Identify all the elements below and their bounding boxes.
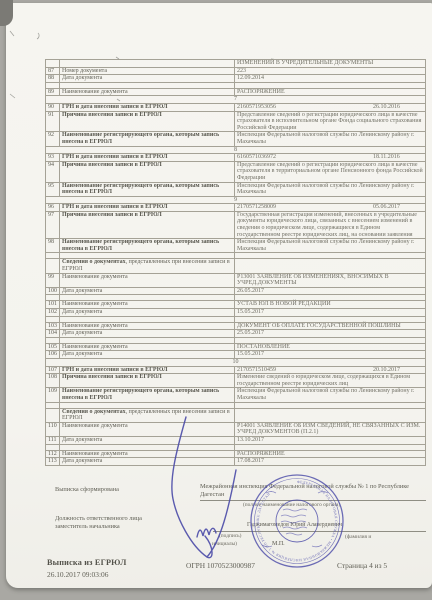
egrul-table: ИЗМЕНЕНИЙ В УЧРЕДИТЕЛЬНЫЕ ДОКУМЕНТЫ87Ном… [45, 59, 426, 466]
table-row-108: 108Причина внесения записи в ЕГРЮЛИзмене… [46, 374, 425, 388]
grn-number: 2160571953056 [237, 104, 276, 110]
row-number: 93 [46, 154, 60, 161]
field-value: РАСПОРЯЖЕНИЕ [235, 89, 425, 96]
table-row-98: 98Наименование регистрирующего органа, к… [46, 239, 425, 253]
field-value: 13.10.2017 [235, 437, 425, 444]
field-label: Наименование документа [60, 301, 235, 308]
table-row-104: 104Дата документа25.05.2017 [46, 330, 425, 338]
field-value: ИЗМЕНЕНИЙ В УЧРЕДИТЕЛЬНЫЕ ДОКУМЕНТЫ [235, 60, 425, 67]
field-value: 217057125800905.06.2017 [235, 204, 425, 211]
field-value: 25.05.2017 [235, 330, 425, 337]
field-label: ГРН и дата внесения записи в ЕГРЮЛ [60, 154, 235, 161]
field-label: Причина внесения записи в ЕГРЮЛ [60, 374, 235, 387]
signature-caption-initials: инициалы) [212, 541, 237, 547]
table-row-103: 103Наименование документаДОКУМЕНТ ОБ ОПЛ… [46, 323, 425, 331]
field-value: РАСПОРЯЖЕНИЕ [235, 451, 425, 458]
field-value: Р14001 ЗАЯВЛЕНИЕ ОБ ИЗМ СВЕДЕНИЙ, НЕ СВЯ… [235, 423, 425, 436]
official-name: Гаджимагомедов Юрий Алавердиевич [247, 522, 342, 528]
row-number: 109 [46, 388, 60, 401]
field-label [60, 317, 235, 322]
field-label [60, 253, 235, 258]
field-value [235, 295, 425, 300]
row-number [46, 295, 60, 300]
field-value: Представление сведений о регистрации юри… [235, 112, 425, 132]
field-value: Р13001 ЗАЯВЛЕНИЕ ОБ ИЗМЕНЕНИЯХ, ВНОСИМЫХ… [235, 274, 425, 287]
table-row-106: 106Дата документа15.05.2017 [46, 351, 425, 359]
table-row-92: 92Наименование регистрирующего органа, к… [46, 132, 425, 146]
field-value: Инспекция Федеральной налоговой службы п… [235, 132, 425, 145]
table-row-112: 112Наименование документаРАСПОРЯЖЕНИЕ [46, 451, 425, 459]
field-value: Инспекция Федеральной налоговой службы п… [235, 388, 425, 401]
footer-page-number: Страница 4 из 5 [337, 561, 387, 570]
field-value: Представление сведений о регистрации юри… [235, 162, 425, 182]
row-number: 101 [46, 301, 60, 308]
field-label: Номер документа [60, 68, 235, 75]
field-value [235, 445, 425, 450]
table-row-cont: ИЗМЕНЕНИЙ В УЧРЕДИТЕЛЬНЫЕ ДОКУМЕНТЫ [46, 60, 425, 68]
field-label: Наименование документа [60, 344, 235, 351]
row-number [46, 60, 60, 67]
grn-number: 6160571036972 [237, 154, 276, 160]
subheader-bold: Сведения о документах [62, 409, 126, 415]
row-number: 99 [46, 274, 60, 287]
authority-underline [200, 500, 426, 501]
field-label: Дата документа [60, 437, 235, 444]
authority-caption: (полное наименование налогового органа) [243, 502, 340, 508]
field-label: Дата документа [60, 458, 235, 465]
field-value [235, 403, 425, 408]
table-row-102: 102Дата документа15.05.2017 [46, 309, 425, 317]
field-value: Изменение сведений о юридическом лице, с… [235, 374, 425, 387]
field-label [60, 83, 235, 88]
field-label [60, 338, 235, 343]
table-row-9: 9 [46, 197, 425, 205]
row-number: 111 [46, 437, 60, 444]
row-number: 110 [46, 423, 60, 436]
authority-name-line1: Межрайонная инспекция Федеральной налого… [200, 483, 426, 490]
row-number: 89 [46, 89, 60, 96]
row-number [46, 403, 60, 408]
field-label: Наименование документа [60, 89, 235, 96]
field-value: 26.05.2017 [235, 288, 425, 295]
subheader-bold: Сведения о документах [62, 259, 126, 265]
field-label: Дата документа [60, 330, 235, 337]
field-label: Наименование регистрирующего органа, кот… [60, 132, 235, 145]
table-row-105: 105Наименование документаПОСТАНОВЛЕНИЕ [46, 344, 425, 352]
table-row-10: 10 [46, 359, 425, 367]
field-value: ПОСТАНОВЛЕНИЕ [235, 344, 425, 351]
table-row-94: 94Причина внесения записи в ЕГРЮЛПредста… [46, 162, 425, 183]
stamp-place-label: М.П. [272, 541, 285, 547]
row-number: 88 [46, 75, 60, 82]
field-label: Наименование документа [60, 423, 235, 436]
row-number: 87 [46, 68, 60, 75]
field-value: Инспекция Федеральной налоговой службы п… [235, 183, 425, 196]
row-number: 91 [46, 112, 60, 132]
signature-underline [213, 531, 426, 532]
row-number: 90 [46, 104, 60, 111]
row-number [46, 317, 60, 322]
table-row-97: 97Причина внесения записи в ЕГРЮЛГосудар… [46, 212, 425, 239]
official-title-label: Должность ответственного лица [55, 515, 142, 522]
field-label: Дата документа [60, 288, 235, 295]
field-value: 17.08.2017 [235, 458, 425, 465]
table-row-111: 111Дата документа13.10.2017 [46, 437, 425, 445]
table-row-90: 90ГРН и дата внесения записи в ЕГРЮЛ2160… [46, 104, 425, 112]
field-value: 223 [235, 68, 425, 75]
field-label [60, 295, 235, 300]
field-value [235, 338, 425, 343]
field-value: 15.05.2017 [235, 309, 425, 316]
field-label: Наименование регистрирующего органа, кот… [60, 183, 235, 196]
field-value: ДОКУМЕНТ ОБ ОПЛАТЕ ГОСУДАРСТВЕННОЙ ПОШЛИ… [235, 323, 425, 330]
field-label: Дата документа [60, 309, 235, 316]
row-number: 104 [46, 330, 60, 337]
grn-date: 05.06.2017 [373, 204, 400, 211]
field-label: Причина внесения записи в ЕГРЮЛ [60, 112, 235, 132]
row-number: 106 [46, 351, 60, 358]
row-number: 100 [46, 288, 60, 295]
row-number [46, 445, 60, 450]
table-row-sub: Сведения о документах, представленных пр… [46, 259, 425, 273]
field-label: Сведения о документах, представленных пр… [60, 259, 235, 272]
row-number: 113 [46, 458, 60, 465]
field-value: Инспекция Федеральной налоговой службы п… [235, 239, 425, 252]
row-number: 95 [46, 183, 60, 196]
grn-date: 18.11.2016 [373, 154, 400, 161]
table-row-110: 110Наименование документаР14001 ЗАЯВЛЕНИ… [46, 423, 425, 437]
row-number [46, 83, 60, 88]
authority-name-line2: Дагестан [200, 491, 224, 498]
table-row-sub: Сведения о документах, представленных пр… [46, 409, 425, 423]
field-label: Дата документа [60, 351, 235, 358]
grn-number: 2170571258009 [237, 204, 276, 210]
field-label: Наименование документа [60, 274, 235, 287]
field-value: 217057151045920.10.2017 [235, 367, 425, 374]
row-number: 98 [46, 239, 60, 252]
table-row-91: 91Причина внесения записи в ЕГРЮЛПредста… [46, 112, 425, 133]
field-value: УСТАВ ЮЛ В НОВОЙ РЕДАКЦИИ [235, 301, 425, 308]
row-number: 103 [46, 323, 60, 330]
grn-date: 20.10.2017 [373, 367, 400, 374]
field-value: Государственная регистрация изменений, в… [235, 212, 425, 238]
field-value [235, 259, 425, 272]
field-label: ГРН и дата внесения записи в ЕГРЮЛ [60, 204, 235, 211]
grn-date: 26.10.2016 [373, 104, 400, 111]
table-row-8: 8 [46, 147, 425, 155]
field-label: Причина внесения записи в ЕГРЮЛ [60, 212, 235, 238]
field-label [60, 445, 235, 450]
table-row-100: 100Дата документа26.05.2017 [46, 288, 425, 296]
table-row-7: 7 [46, 96, 425, 104]
row-number: 96 [46, 204, 60, 211]
row-number: 92 [46, 132, 60, 145]
field-label: ГРН и дата внесения записи в ЕГРЮЛ [60, 104, 235, 111]
row-number [46, 338, 60, 343]
footer-generated-at: 26.10.2017 09:03:06 [47, 570, 108, 579]
official-title: заместитель начальника [55, 523, 120, 530]
signature-caption-podpis: (подпись) [219, 533, 241, 539]
table-row-113: 113Дата документа17.08.2017 [46, 458, 425, 466]
row-number: 107 [46, 367, 60, 374]
grn-number: 2170571510459 [237, 367, 276, 373]
field-label: Наименование документа [60, 451, 235, 458]
field-value [235, 253, 425, 258]
field-value: 616057103697218.11.2016 [235, 154, 425, 161]
field-value [235, 409, 425, 422]
field-label: Дата документа [60, 75, 235, 82]
table-row-87: 87Номер документа223 [46, 68, 425, 76]
field-label: Наименование регистрирующего органа, кот… [60, 388, 235, 401]
footer-ogrn: ОГРН 1070523000987 [186, 561, 255, 570]
table-row-109: 109Наименование регистрирующего органа, … [46, 388, 425, 402]
row-number [46, 259, 60, 272]
field-value [235, 83, 425, 88]
row-number [46, 409, 60, 422]
name-caption: (фамилия и [345, 534, 371, 540]
table-row-88: 88Дата документа12.09.2014 [46, 75, 425, 83]
field-label [60, 403, 235, 408]
row-number: 97 [46, 212, 60, 238]
table-row-96: 96ГРН и дата внесения записи в ЕГРЮЛ2170… [46, 204, 425, 212]
table-row-95: 95Наименование регистрирующего органа, к… [46, 183, 425, 197]
field-label: Причина внесения записи в ЕГРЮЛ [60, 162, 235, 182]
field-label: ГРН и дата внесения записи в ЕГРЮЛ [60, 367, 235, 374]
field-label: Наименование документа [60, 323, 235, 330]
footer-doc-type: Выписка из ЕГРЮЛ [47, 558, 127, 567]
field-value: 12.09.2014 [235, 75, 425, 82]
field-label: Сведения о документах, представленных пр… [60, 409, 235, 422]
row-number: 108 [46, 374, 60, 387]
row-number: 105 [46, 344, 60, 351]
table-row-99: 99Наименование документаР13001 ЗАЯВЛЕНИЕ… [46, 274, 425, 288]
row-number: 94 [46, 162, 60, 182]
field-label [60, 60, 235, 67]
field-value: 216057195305626.10.2016 [235, 104, 425, 111]
field-label: Наименование регистрирующего органа, кот… [60, 239, 235, 252]
table-row-89: 89Наименование документаРАСПОРЯЖЕНИЕ [46, 89, 425, 97]
table-row-101: 101Наименование документаУСТАВ ЮЛ В НОВО… [46, 301, 425, 309]
row-number: 102 [46, 309, 60, 316]
table-row-93: 93ГРН и дата внесения записи в ЕГРЮЛ6160… [46, 154, 425, 162]
row-number [46, 253, 60, 258]
extract-generated-label: Выписка сформирована [55, 486, 119, 493]
row-number: 112 [46, 451, 60, 458]
field-value [235, 317, 425, 322]
field-value: 15.05.2017 [235, 351, 425, 358]
